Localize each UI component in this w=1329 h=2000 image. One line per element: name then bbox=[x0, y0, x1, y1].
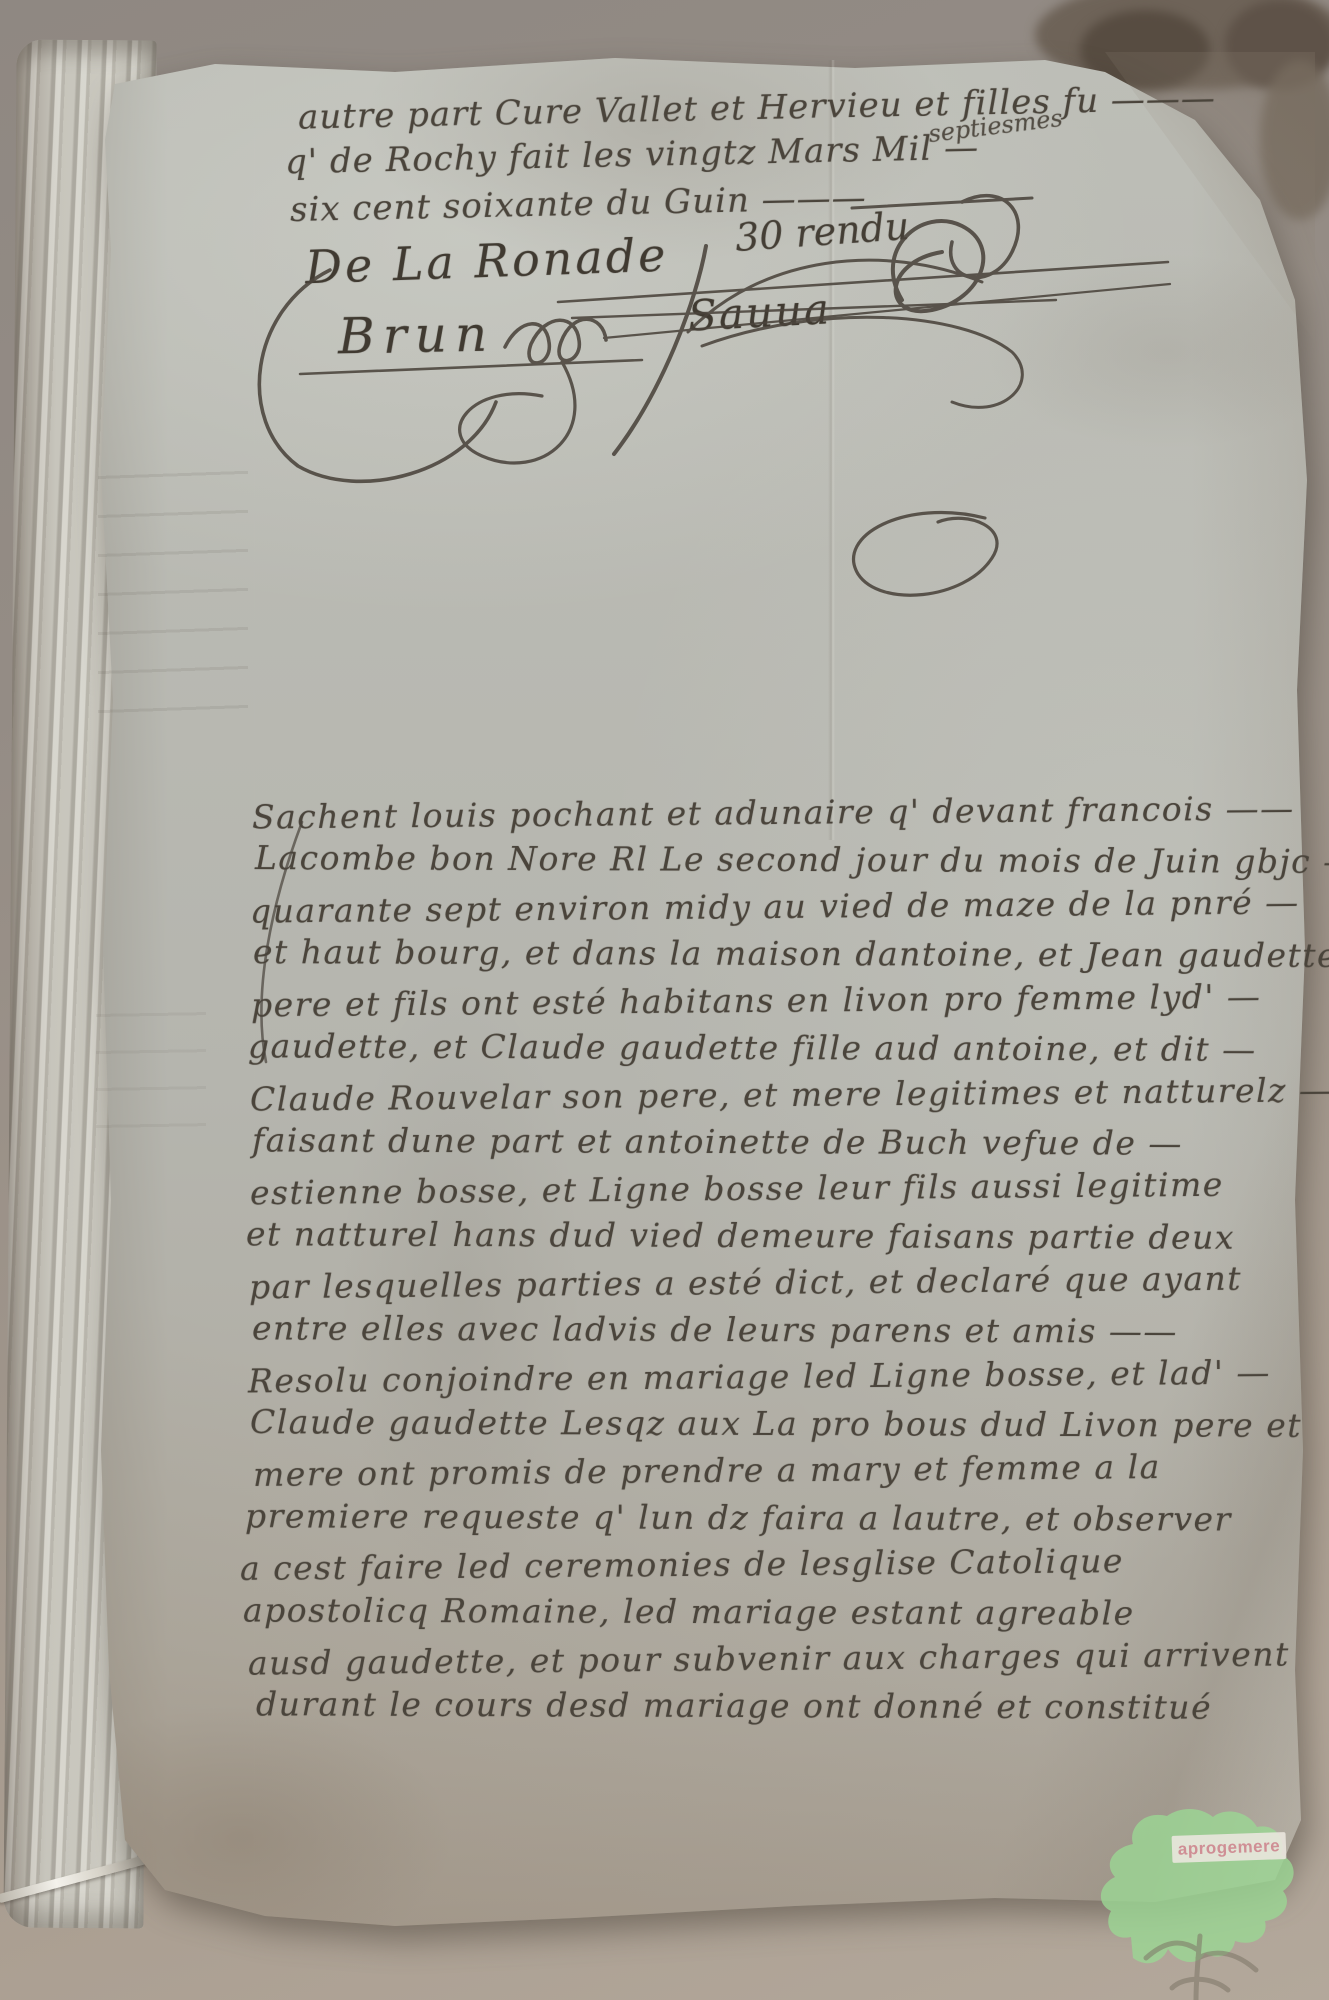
vertical-crease bbox=[828, 60, 835, 840]
body-line-20: durant le cours desd mariage ont donné e… bbox=[256, 1684, 1212, 1726]
body-line-15: mere ont promis de prendre a mary et fem… bbox=[253, 1447, 1161, 1494]
body-line-17: a cest faire led ceremonies de lesglise … bbox=[240, 1541, 1124, 1588]
body-line-2: Lacombe bon Nore Rl Le second jour du mo… bbox=[255, 838, 1329, 881]
watermark-label-text: aprogemere bbox=[1178, 1836, 1281, 1860]
body-line-12: entre elles avec ladvis de leurs parens … bbox=[252, 1308, 1178, 1350]
body-line-16: premiere requeste q' lun dz faira a laut… bbox=[245, 1496, 1232, 1538]
manuscript-photo: autre part Cure Vallet et Hervieu et fil… bbox=[0, 0, 1329, 2000]
body-line-6: gaudette, et Claude gaudette fille aud a… bbox=[248, 1026, 1257, 1069]
body-line-10: et natturel hans dud vied demeure faisan… bbox=[246, 1214, 1235, 1256]
show-through-lines bbox=[96, 980, 206, 1140]
signature-sauua: Sauua bbox=[687, 284, 832, 340]
signature-brun: Brun bbox=[338, 305, 496, 366]
body-line-18: apostolicq Romaine, led mariage estant a… bbox=[243, 1590, 1135, 1632]
body-line-4: et haut bourg, et dans la maison dantoin… bbox=[253, 932, 1329, 975]
body-line-8: faisant dune part et antoinette de Buch … bbox=[252, 1120, 1183, 1162]
watermark-label: aprogemere bbox=[1172, 1832, 1287, 1863]
body-line-14: Claude gaudette Lesqz aux La pro bous du… bbox=[250, 1402, 1302, 1445]
show-through-lines bbox=[98, 440, 248, 740]
